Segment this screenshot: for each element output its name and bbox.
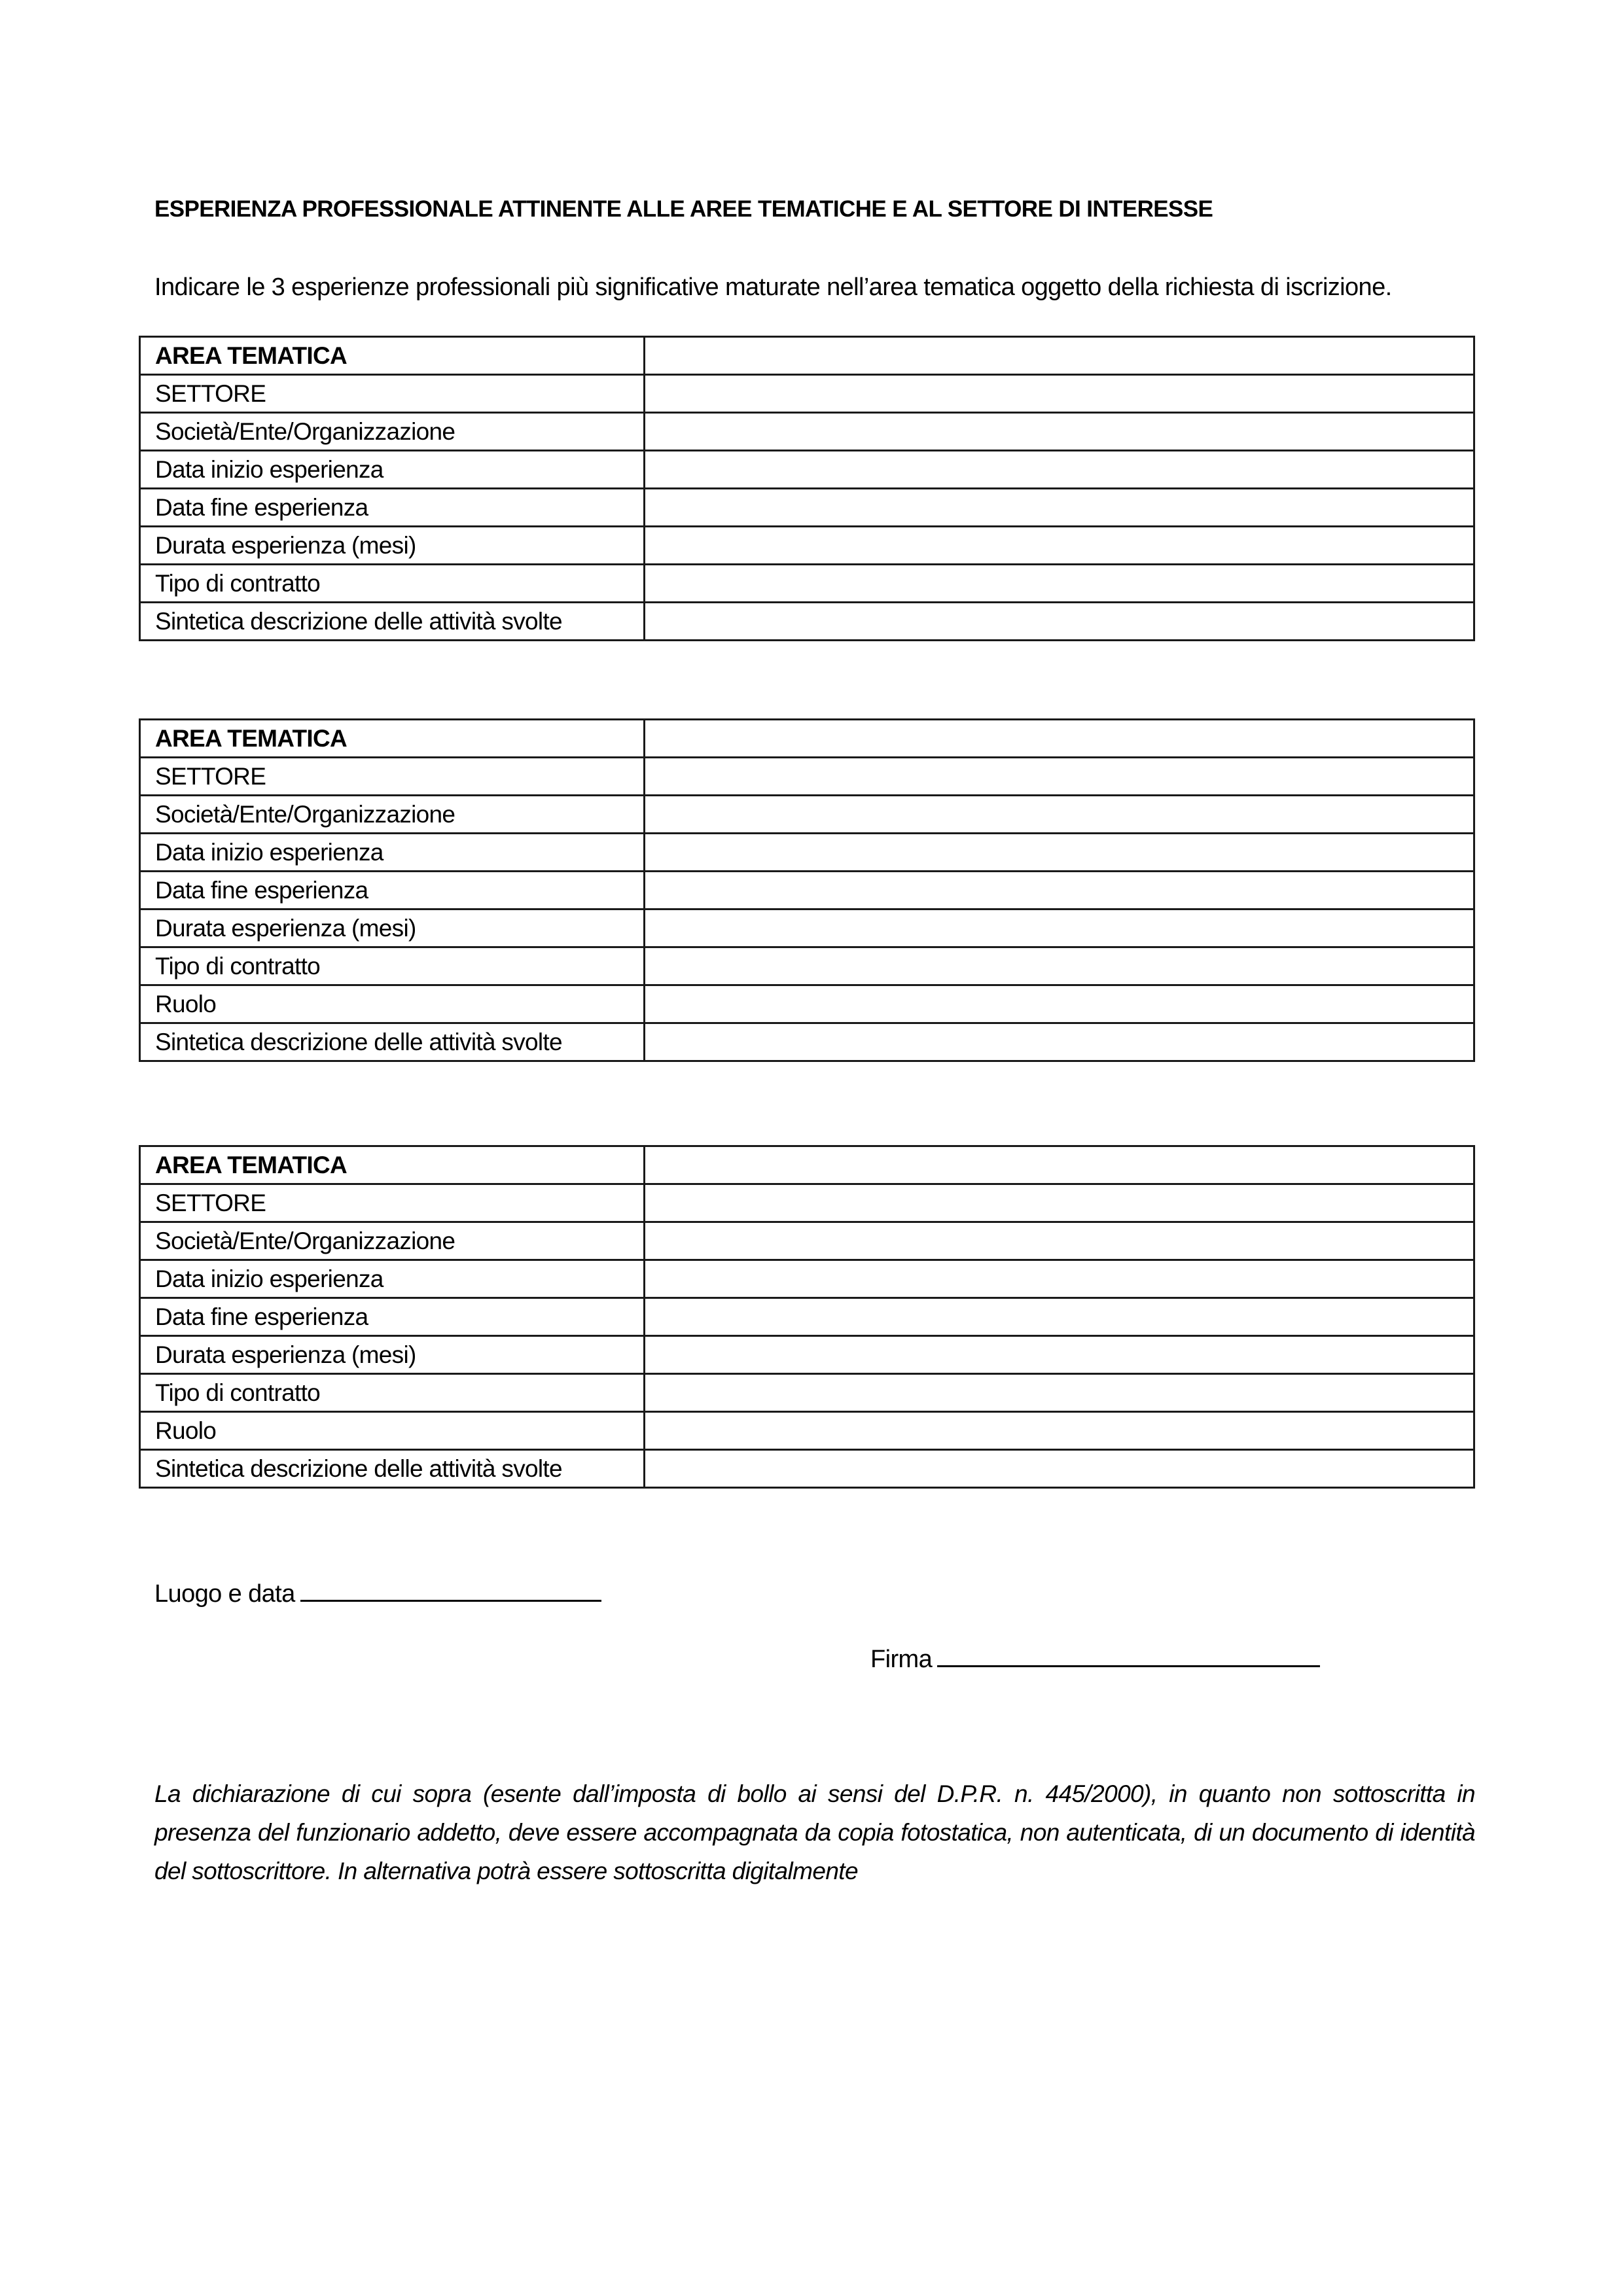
row-value-cell[interactable] — [645, 985, 1474, 1023]
table-row: Data fine esperienza — [140, 872, 1474, 910]
row-value-cell[interactable] — [645, 758, 1474, 796]
row-value-cell[interactable] — [645, 451, 1474, 489]
table-row: SETTORE — [140, 1184, 1474, 1222]
table-row: Data fine esperienza — [140, 1298, 1474, 1336]
row-value-cell[interactable] — [645, 1412, 1474, 1450]
row-value-cell[interactable] — [645, 720, 1474, 758]
row-label: Data inizio esperienza — [140, 834, 645, 872]
table-row: Tipo di contratto — [140, 1374, 1474, 1412]
table-row: AREA TEMATICA — [140, 337, 1474, 375]
table-row: Sintetica descrizione delle attività svo… — [140, 1023, 1474, 1061]
row-value-cell[interactable] — [645, 1298, 1474, 1336]
row-label: Data fine esperienza — [140, 489, 645, 527]
table-row: Data inizio esperienza — [140, 451, 1474, 489]
table-row: Durata esperienza (mesi) — [140, 527, 1474, 565]
row-label: Società/Ente/Organizzazione — [140, 1222, 645, 1260]
table-row: Sintetica descrizione delle attività svo… — [140, 1450, 1474, 1488]
row-value-cell[interactable] — [645, 1374, 1474, 1412]
table-row: Tipo di contratto — [140, 565, 1474, 603]
row-label: SETTORE — [140, 375, 645, 413]
row-label: Tipo di contratto — [140, 1374, 645, 1412]
row-label: Tipo di contratto — [140, 565, 645, 603]
table-row: Ruolo — [140, 1412, 1474, 1450]
section-heading: ESPERIENZA PROFESSIONALE ATTINENTE ALLE … — [154, 196, 1213, 222]
row-value-cell[interactable] — [645, 337, 1474, 375]
row-value-cell[interactable] — [645, 413, 1474, 451]
table-row: Ruolo — [140, 985, 1474, 1023]
row-label: SETTORE — [140, 758, 645, 796]
place-date-label: Luogo e data — [154, 1580, 295, 1608]
row-label: Durata esperienza (mesi) — [140, 1336, 645, 1374]
table-row: AREA TEMATICA — [140, 1146, 1474, 1184]
table-row: Data inizio esperienza — [140, 834, 1474, 872]
row-label: SETTORE — [140, 1184, 645, 1222]
table-row: Durata esperienza (mesi) — [140, 1336, 1474, 1374]
row-label: AREA TEMATICA — [140, 720, 645, 758]
row-value-cell[interactable] — [645, 796, 1474, 834]
row-label: Tipo di contratto — [140, 947, 645, 985]
row-value-cell[interactable] — [645, 1184, 1474, 1222]
table-row: Società/Ente/Organizzazione — [140, 1222, 1474, 1260]
table-row: Sintetica descrizione delle attività svo… — [140, 603, 1474, 641]
row-value-cell[interactable] — [645, 603, 1474, 641]
place-date-field: Luogo e data — [154, 1580, 601, 1608]
row-label: Data inizio esperienza — [140, 1260, 645, 1298]
experience-table-3: AREA TEMATICASETTORESocietà/Ente/Organiz… — [139, 1145, 1475, 1489]
row-label: Ruolo — [140, 985, 645, 1023]
row-value-cell[interactable] — [645, 1260, 1474, 1298]
row-label: Società/Ente/Organizzazione — [140, 796, 645, 834]
table-row: Tipo di contratto — [140, 947, 1474, 985]
table-row: Società/Ente/Organizzazione — [140, 796, 1474, 834]
experience-table-2: AREA TEMATICASETTORESocietà/Ente/Organiz… — [139, 718, 1475, 1062]
legal-note: La dichiarazione di cui sopra (esente da… — [154, 1775, 1475, 1890]
row-value-cell[interactable] — [645, 1222, 1474, 1260]
row-value-cell[interactable] — [645, 527, 1474, 565]
row-label: Data inizio esperienza — [140, 451, 645, 489]
row-label: Durata esperienza (mesi) — [140, 527, 645, 565]
table-row: SETTORE — [140, 375, 1474, 413]
row-label: Durata esperienza (mesi) — [140, 910, 645, 947]
row-label: Ruolo — [140, 1412, 645, 1450]
row-label: Sintetica descrizione delle attività svo… — [140, 603, 645, 641]
row-value-cell[interactable] — [645, 565, 1474, 603]
signature-label: Firma — [870, 1646, 932, 1673]
row-label: Società/Ente/Organizzazione — [140, 413, 645, 451]
row-value-cell[interactable] — [645, 1336, 1474, 1374]
row-value-cell[interactable] — [645, 489, 1474, 527]
experience-table-1: AREA TEMATICASETTORESocietà/Ente/Organiz… — [139, 336, 1475, 641]
row-value-cell[interactable] — [645, 872, 1474, 910]
table-row: SETTORE — [140, 758, 1474, 796]
row-label: AREA TEMATICA — [140, 337, 645, 375]
row-value-cell[interactable] — [645, 910, 1474, 947]
row-value-cell[interactable] — [645, 947, 1474, 985]
table-row: Data fine esperienza — [140, 489, 1474, 527]
table-row: Società/Ente/Organizzazione — [140, 413, 1474, 451]
row-value-cell[interactable] — [645, 834, 1474, 872]
place-date-blank-line[interactable] — [300, 1580, 601, 1602]
table-row: Durata esperienza (mesi) — [140, 910, 1474, 947]
intro-text: Indicare le 3 esperienze professionali p… — [154, 274, 1392, 302]
row-label: Sintetica descrizione delle attività svo… — [140, 1450, 645, 1488]
row-value-cell[interactable] — [645, 375, 1474, 413]
row-value-cell[interactable] — [645, 1146, 1474, 1184]
signature-field: Firma — [870, 1646, 1320, 1674]
row-value-cell[interactable] — [645, 1450, 1474, 1488]
signature-blank-line[interactable] — [937, 1646, 1320, 1667]
row-label: Data fine esperienza — [140, 1298, 645, 1336]
row-label: Data fine esperienza — [140, 872, 645, 910]
table-row: AREA TEMATICA — [140, 720, 1474, 758]
row-value-cell[interactable] — [645, 1023, 1474, 1061]
row-label: AREA TEMATICA — [140, 1146, 645, 1184]
table-row: Data inizio esperienza — [140, 1260, 1474, 1298]
row-label: Sintetica descrizione delle attività svo… — [140, 1023, 645, 1061]
